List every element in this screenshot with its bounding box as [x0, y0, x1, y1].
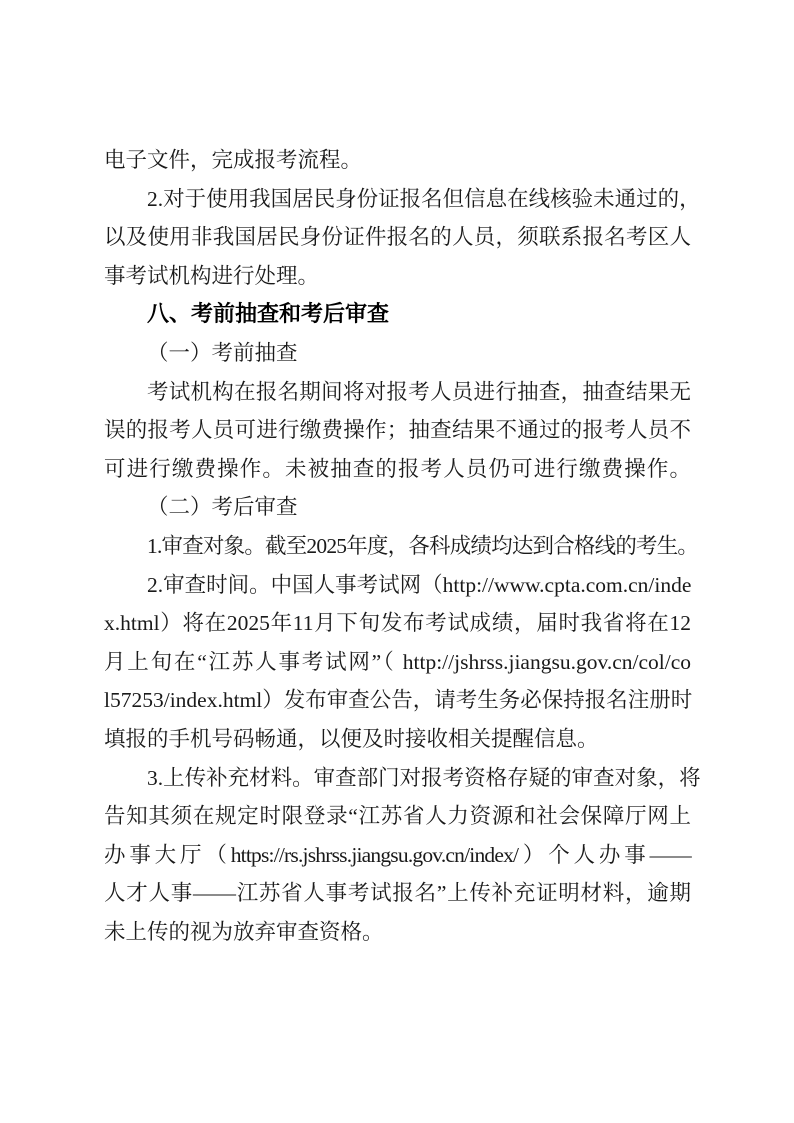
paragraph-line: x.html）将在2025年11月下旬发布考试成绩，届时我省将在12: [104, 604, 691, 643]
document-text-block: 电子文件，完成报考流程。 2.对于使用我国居民身份证报名但信息在线核验未通过的，…: [104, 141, 691, 951]
paragraph-line: 可进行缴费操作。未被抽查的报考人员仍可进行缴费操作。: [104, 450, 691, 489]
paragraph-line: 误的报考人员可进行缴费操作；抽查结果不通过的报考人员不: [104, 411, 691, 450]
paragraph-line: 未上传的视为放弃审查资格。: [104, 913, 691, 952]
subsection-heading: （一）考前抽查: [104, 334, 691, 373]
document-page: 电子文件，完成报考流程。 2.对于使用我国居民身份证报名但信息在线核验未通过的，…: [0, 0, 794, 1123]
paragraph-line: 以及使用非我国居民身份证件报名的人员，须联系报名考区人: [104, 218, 691, 257]
paragraph-line: 考试机构在报名期间将对报考人员进行抽查，抽查结果无: [104, 373, 691, 412]
paragraph-line: 3.上传补充材料。审查部门对报考资格存疑的审查对象，将: [104, 759, 691, 798]
paragraph-line: 告知其须在规定时限登录“江苏省人力资源和社会保障厅网上: [104, 797, 691, 836]
paragraph-line: 填报的手机号码畅通，以便及时接收相关提醒信息。: [104, 720, 691, 759]
paragraph-line: 办事大厅（https://rs.jshrss.jiangsu.gov.cn/in…: [104, 836, 691, 875]
paragraph-line: 事考试机构进行处理。: [104, 257, 691, 296]
paragraph-line: 人才人事——江苏省人事考试报名”上传补充证明材料，逾期: [104, 874, 691, 913]
paragraph-line: 2.审查时间。中国人事考试网（http://www.cpta.com.cn/in…: [104, 566, 691, 605]
paragraph-line: 2.对于使用我国居民身份证报名但信息在线核验未通过的，: [104, 180, 691, 219]
paragraph-line: 1.审查对象。截至2025年度，各科成绩均达到合格线的考生。: [104, 527, 691, 566]
paragraph-line: 月上旬在“江苏人事考试网”（ http://jshrss.jiangsu.gov…: [104, 643, 691, 682]
section-heading: 八、考前抽查和考后审查: [104, 295, 691, 334]
paragraph-continuation-line: 电子文件，完成报考流程。: [104, 141, 691, 180]
subsection-heading: （二）考后审查: [104, 488, 691, 527]
paragraph-line: l57253/index.html）发布审查公告，请考生务必保持报名注册时: [104, 681, 691, 720]
